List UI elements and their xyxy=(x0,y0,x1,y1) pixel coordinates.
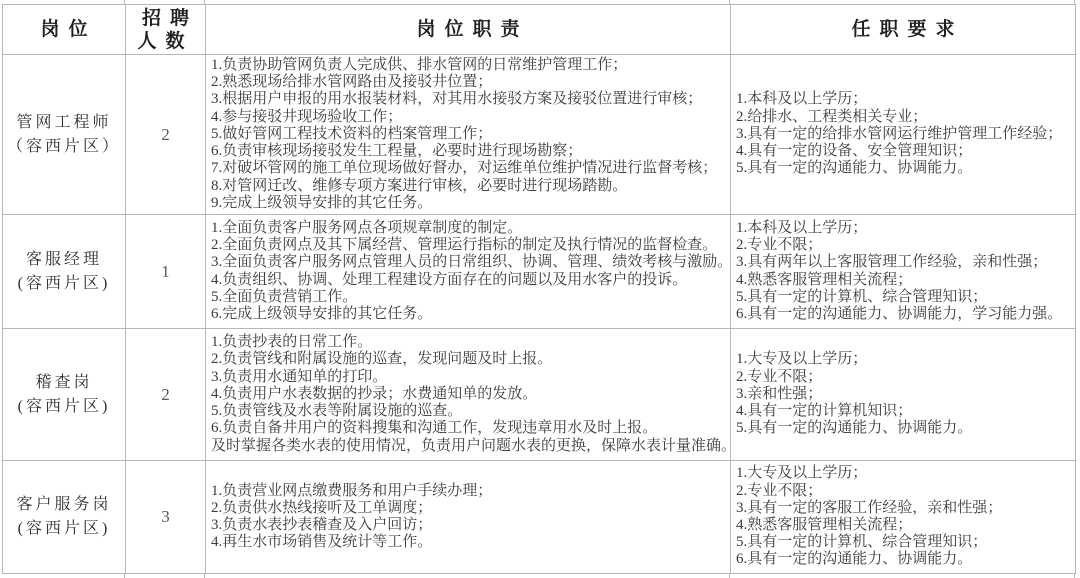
duty-line: 4.负责用户水表数据的抄录；水费通知单的发放。 xyxy=(211,386,726,403)
col-header-duties: 岗位职责 xyxy=(206,5,731,55)
duties-cell: 1.负责协助管网负责人完成供、排水管网的日常维护管理工作；2.熟悉现场给排水管网… xyxy=(206,55,731,215)
table-border-stub xyxy=(124,573,125,578)
recruitment-table-page: 岗位 招聘人数 岗位职责 任职要求 管网工程师 （容西片区） 2 1.负责协助管… xyxy=(0,0,1080,578)
duties-cell: 1.负责抄表的日常工作。2.负责管线和附属设施的巡查，发现问题及时上报。3.负责… xyxy=(206,329,731,461)
duty-line: 3.根据用户申报的用水报装材料，对其用水接驳方案及接驳位置进行审核； xyxy=(211,91,726,108)
duty-line: 1.负责营业网点缴费服务和用户手续办理； xyxy=(211,483,726,500)
requirements-cell: 1.大专及以上学历；2.专业不限；3.具有一定的客服工作经验，亲和性强；4.熟悉… xyxy=(731,461,1076,574)
position-title: 客服经理 xyxy=(3,248,125,272)
position-area: (容西片区) xyxy=(3,517,125,541)
table-border-stub xyxy=(124,0,125,4)
col-header-position: 岗位 xyxy=(3,5,126,55)
header-row: 岗位 招聘人数 岗位职责 任职要求 xyxy=(3,5,1076,55)
requirement-line: 1.大专及以上学历； xyxy=(736,465,1071,482)
requirement-line: 1.大专及以上学历； xyxy=(736,351,1071,368)
requirement-line: 4.熟悉客服管理相关流程； xyxy=(736,272,1071,289)
position-area: （容西片区） xyxy=(3,135,125,159)
duty-line: 6.负责自备井用户的资料搜集和沟通工作，发现违章用水及时上报。 xyxy=(211,420,726,437)
duty-line: 3.全面负责客户服务网点管理人员的日常组织、协调、管理、绩效考核与激励。 xyxy=(211,254,726,271)
duty-line: 3.负责用水通知单的打印。 xyxy=(211,369,726,386)
position-title: 稽查岗 xyxy=(3,371,125,395)
requirement-line: 4.具有一定的设备、安全管理知识； xyxy=(736,143,1071,160)
position-cell: 管网工程师 （容西片区） xyxy=(3,55,126,215)
table-row: 管网工程师 （容西片区） 2 1.负责协助管网负责人完成供、排水管网的日常维护管… xyxy=(3,55,1076,215)
requirement-line: 6.具有一定的沟通能力、协调能力。 xyxy=(736,551,1071,568)
duty-line: 及时掌握各类水表的使用情况，负责用户问题水表的更换，保障水表计量准确。 xyxy=(211,438,726,455)
position-area: (容西片区) xyxy=(3,395,125,419)
table-row: 客服经理 (容西片区) 1 1.全面负责客户服务网点各项规章制度的制定。2.全面… xyxy=(3,215,1076,329)
duty-line: 5.做好管网工程技术资料的档案管理工作； xyxy=(211,126,726,143)
requirement-line: 5.具有一定的沟通能力、协调能力。 xyxy=(736,160,1071,177)
position-cell: 客服经理 (容西片区) xyxy=(3,215,126,329)
position-cell: 客户服务岗 (容西片区) xyxy=(3,461,126,574)
duties-cell: 1.负责营业网点缴费服务和用户手续办理；2.负责供水热线接听及工单调度；3.负责… xyxy=(206,461,731,574)
table-border-stub xyxy=(729,573,730,578)
duties-cell: 1.全面负责客户服务网点各项规章制度的制定。2.全面负责网点及其下属经营、管理运… xyxy=(206,215,731,329)
headcount-cell: 1 xyxy=(126,215,206,329)
duty-line: 3.负责水表抄表稽查及入户回访； xyxy=(211,517,726,534)
headcount-cell: 2 xyxy=(126,329,206,461)
table-border-stub xyxy=(1074,573,1075,578)
duty-line: 4.再生水市场销售及统计等工作。 xyxy=(211,534,726,551)
requirement-line: 3.亲和性强； xyxy=(736,386,1071,403)
duty-line: 4.负责组织、协调、处理工程建设方面存在的问题以及用水客户的投诉。 xyxy=(211,272,726,289)
duty-line: 5.全面负责营销工作。 xyxy=(211,289,726,306)
requirements-cell: 1.本科及以上学历；2.专业不限；3.具有两年以上客服管理工作经验，亲和性强；4… xyxy=(731,215,1076,329)
position-cell: 稽查岗 (容西片区) xyxy=(3,329,126,461)
duty-line: 2.负责供水热线接听及工单调度； xyxy=(211,500,726,517)
duty-line: 2.熟悉现场给排水管网路由及接驳井位置； xyxy=(211,74,726,91)
requirement-line: 3.具有一定的客服工作经验，亲和性强； xyxy=(736,500,1071,517)
requirement-line: 6.具有一定的沟通能力、协调能力，学习能力强。 xyxy=(736,306,1071,323)
requirements-cell: 1.本科及以上学历；2.给排水、工程类相关专业；3.具有一定的给排水管网运行维护… xyxy=(731,55,1076,215)
duty-line: 6.负责审核现场接驳发生工程量，必要时进行现场勘察； xyxy=(211,143,726,160)
position-title: 管网工程师 xyxy=(3,111,125,135)
requirement-line: 5.具有一定的计算机、综合管理知识； xyxy=(736,534,1071,551)
requirement-line: 2.专业不限； xyxy=(736,237,1071,254)
duty-line: 4.参与接驳井现场验收工作； xyxy=(211,109,726,126)
table-row: 客户服务岗 (容西片区) 3 1.负责营业网点缴费服务和用户手续办理；2.负责供… xyxy=(3,461,1076,574)
requirements-cell: 1.大专及以上学历；2.专业不限；3.亲和性强；4.具有一定的计算机知识；5.具… xyxy=(731,329,1076,461)
requirement-line: 2.专业不限； xyxy=(736,483,1071,500)
position-area: (容西片区) xyxy=(3,272,125,296)
duty-line: 1.负责协助管网负责人完成供、排水管网的日常维护管理工作； xyxy=(211,57,726,74)
duty-line: 6.完成上级领导安排的其它任务。 xyxy=(211,306,726,323)
requirement-line: 3.具有一定的给排水管网运行维护管理工作经验； xyxy=(736,126,1071,143)
duty-line: 8.对管网迁改、维修专项方案进行审核，必要时进行现场踏勘。 xyxy=(211,178,726,195)
duty-line: 9.完成上级领导安排的其它任务。 xyxy=(211,195,726,212)
requirement-line: 4.熟悉客服管理相关流程； xyxy=(736,517,1071,534)
duty-line: 7.对破坏管网的施工单位现场做好督办，对运维单位维护情况进行监督考核； xyxy=(211,160,726,177)
requirement-line: 5.具有一定的计算机、综合管理知识； xyxy=(736,289,1071,306)
recruitment-table: 岗位 招聘人数 岗位职责 任职要求 管网工程师 （容西片区） 2 1.负责协助管… xyxy=(2,4,1076,574)
duty-line: 2.全面负责网点及其下属经营、管理运行指标的制定及执行情况的监督检查。 xyxy=(211,237,726,254)
duty-line: 2.负责管线和附属设施的巡查，发现问题及时上报。 xyxy=(211,351,726,368)
table-border-stub xyxy=(729,0,730,4)
requirement-line: 1.本科及以上学历； xyxy=(736,220,1071,237)
headcount-cell: 2 xyxy=(126,55,206,215)
table-border-stub xyxy=(204,0,205,4)
duty-line: 1.全面负责客户服务网点各项规章制度的制定。 xyxy=(211,220,726,237)
table-row: 稽查岗 (容西片区) 2 1.负责抄表的日常工作。2.负责管线和附属设施的巡查，… xyxy=(3,329,1076,461)
table-border-stub xyxy=(204,573,205,578)
headcount-cell: 3 xyxy=(126,461,206,574)
col-header-requirements: 任职要求 xyxy=(731,5,1076,55)
table-border-stub xyxy=(1074,0,1075,4)
requirement-line: 5.具有一定的沟通能力、协调能力。 xyxy=(736,420,1071,437)
requirement-line: 4.具有一定的计算机知识； xyxy=(736,403,1071,420)
duty-line: 5.负责管线及水表等附属设施的巡查。 xyxy=(211,403,726,420)
duty-line: 1.负责抄表的日常工作。 xyxy=(211,334,726,351)
requirement-line: 2.给排水、工程类相关专业； xyxy=(736,109,1071,126)
requirement-line: 1.本科及以上学历； xyxy=(736,91,1071,108)
requirement-line: 3.具有两年以上客服管理工作经验，亲和性强； xyxy=(736,254,1071,271)
requirement-line: 2.专业不限； xyxy=(736,369,1071,386)
position-title: 客户服务岗 xyxy=(3,493,125,517)
col-header-headcount: 招聘人数 xyxy=(126,5,206,55)
